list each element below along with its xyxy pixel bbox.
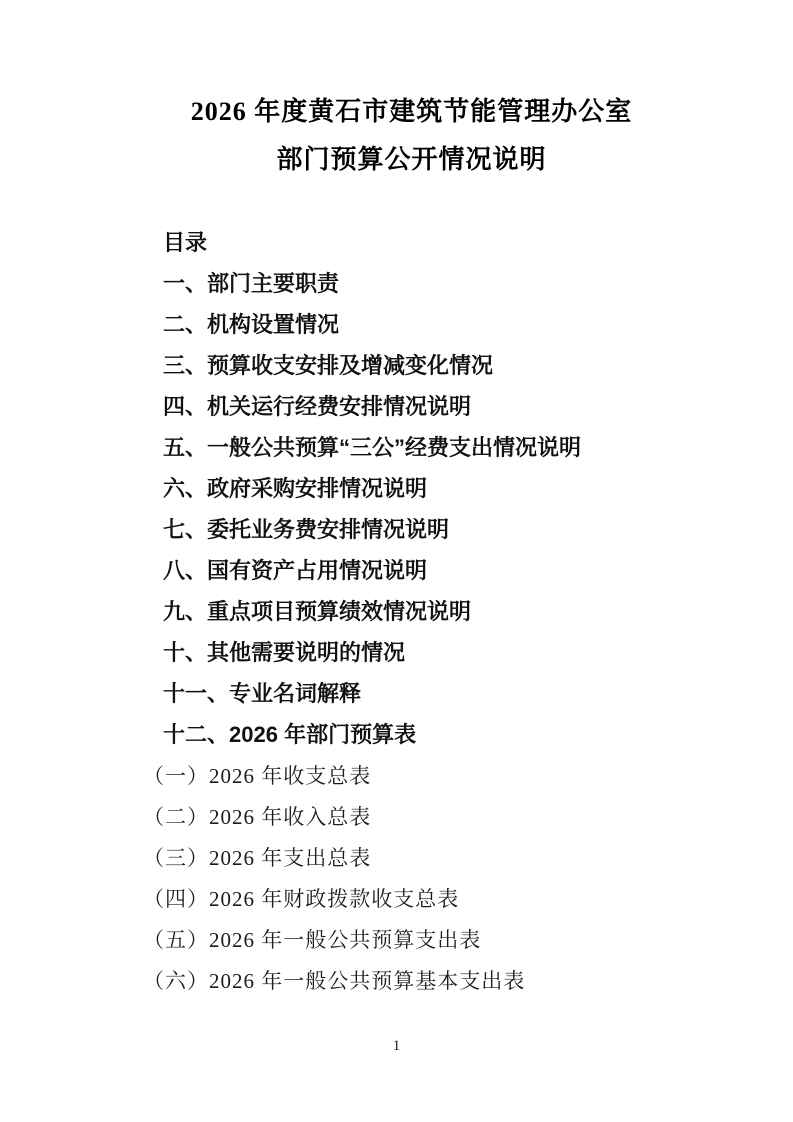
toc-row: （六）2026 年一般公共预算基本支出表 (0, 959, 793, 1000)
page-number: 1 (0, 1038, 793, 1055)
toc-row: （三）2026 年支出总表 (0, 836, 793, 877)
toc-row: 十、其他需要说明的情况 (0, 631, 793, 672)
toc-row: 二、机构设置情况 (0, 303, 793, 344)
toc-item-text: 机构设置情况 (207, 308, 339, 339)
toc-item-12: 十二、2026 年部门预算表 (0, 718, 416, 749)
toc-table-item-1: （一）2026 年收支总表 (0, 760, 371, 790)
toc-item-text: 国有资产占用情况说明 (207, 554, 427, 585)
toc-item-number: 四、 (163, 390, 207, 421)
toc-item-number: 九、 (163, 595, 207, 626)
toc-item-10: 十、其他需要说明的情况 (0, 636, 405, 667)
toc-item-text: 预算收支安排及增减变化情况 (207, 349, 493, 380)
toc-item-11: 十一、专业名词解释 (0, 677, 361, 708)
document-title: 2026 年度黄石市建筑节能管理办公室 部门预算公开情况说明 (0, 0, 793, 184)
toc-item-2: 二、机构设置情况 (0, 308, 339, 339)
toc-row: （五）2026 年一般公共预算支出表 (0, 918, 793, 959)
toc-row: 十二、2026 年部门预算表 (0, 713, 793, 754)
toc-row: 三、预算收支安排及增减变化情况 (0, 344, 793, 385)
toc-item-text: 机关运行经费安排情况说明 (207, 390, 471, 421)
toc-item-5: 五、一般公共预算“三公”经费支出情况说明 (0, 431, 581, 462)
toc-item-number: 五、 (163, 431, 207, 462)
toc-item-7: 七、委托业务费安排情况说明 (0, 513, 449, 544)
toc-heading: 目录 (0, 226, 207, 257)
toc-row: 五、一般公共预算“三公”经费支出情况说明 (0, 426, 793, 467)
toc-row: 十一、专业名词解释 (0, 672, 793, 713)
toc-item-number: 七、 (163, 513, 207, 544)
toc-item-6: 六、政府采购安排情况说明 (0, 472, 427, 503)
table-of-contents: 目录 一、部门主要职责 二、机构设置情况 三、预算收支安排及增减变化情况 四、机… (0, 221, 793, 1000)
toc-item-9: 九、重点项目预算绩效情况说明 (0, 595, 471, 626)
toc-table-item-4: （四）2026 年财政拨款收支总表 (0, 883, 459, 913)
toc-item-text: 专业名词解释 (229, 677, 361, 708)
document-title-line1: 2026 年度黄石市建筑节能管理办公室 (30, 88, 793, 136)
toc-item-text: 部门主要职责 (207, 267, 339, 298)
toc-table-item-2: （二）2026 年收入总表 (0, 801, 371, 831)
toc-item-3: 三、预算收支安排及增减变化情况 (0, 349, 493, 380)
document-page: 2026 年度黄石市建筑节能管理办公室 部门预算公开情况说明 目录 一、部门主要… (0, 0, 793, 1122)
toc-row: 六、政府采购安排情况说明 (0, 467, 793, 508)
toc-item-number: 一、 (163, 267, 207, 298)
toc-table-item-3: （三）2026 年支出总表 (0, 842, 371, 872)
toc-item-number: 十二、 (163, 718, 229, 749)
toc-item-number: 二、 (163, 308, 207, 339)
toc-row: （四）2026 年财政拨款收支总表 (0, 877, 793, 918)
toc-row: 四、机关运行经费安排情况说明 (0, 385, 793, 426)
toc-table-item-5: （五）2026 年一般公共预算支出表 (0, 924, 481, 954)
toc-heading-row: 目录 (0, 221, 793, 262)
toc-table-item-6: （六）2026 年一般公共预算基本支出表 (0, 965, 525, 995)
toc-row: 一、部门主要职责 (0, 262, 793, 303)
toc-item-8: 八、国有资产占用情况说明 (0, 554, 427, 585)
toc-item-1: 一、部门主要职责 (0, 267, 339, 298)
toc-item-number: 十一、 (163, 677, 229, 708)
toc-item-4: 四、机关运行经费安排情况说明 (0, 390, 471, 421)
document-title-line2: 部门预算公开情况说明 (30, 136, 793, 184)
toc-item-number: 六、 (163, 472, 207, 503)
toc-item-text: 一般公共预算“三公”经费支出情况说明 (207, 431, 581, 462)
toc-row: 七、委托业务费安排情况说明 (0, 508, 793, 549)
toc-item-text: 委托业务费安排情况说明 (207, 513, 449, 544)
toc-item-text: 2026 年部门预算表 (229, 718, 416, 749)
toc-row: （一）2026 年收支总表 (0, 754, 793, 795)
toc-item-number: 八、 (163, 554, 207, 585)
toc-item-number: 三、 (163, 349, 207, 380)
toc-row: 八、国有资产占用情况说明 (0, 549, 793, 590)
toc-row: （二）2026 年收入总表 (0, 795, 793, 836)
toc-item-number: 十、 (163, 636, 207, 667)
toc-row: 九、重点项目预算绩效情况说明 (0, 590, 793, 631)
toc-item-text: 政府采购安排情况说明 (207, 472, 427, 503)
toc-item-text: 其他需要说明的情况 (207, 636, 405, 667)
toc-item-text: 重点项目预算绩效情况说明 (207, 595, 471, 626)
